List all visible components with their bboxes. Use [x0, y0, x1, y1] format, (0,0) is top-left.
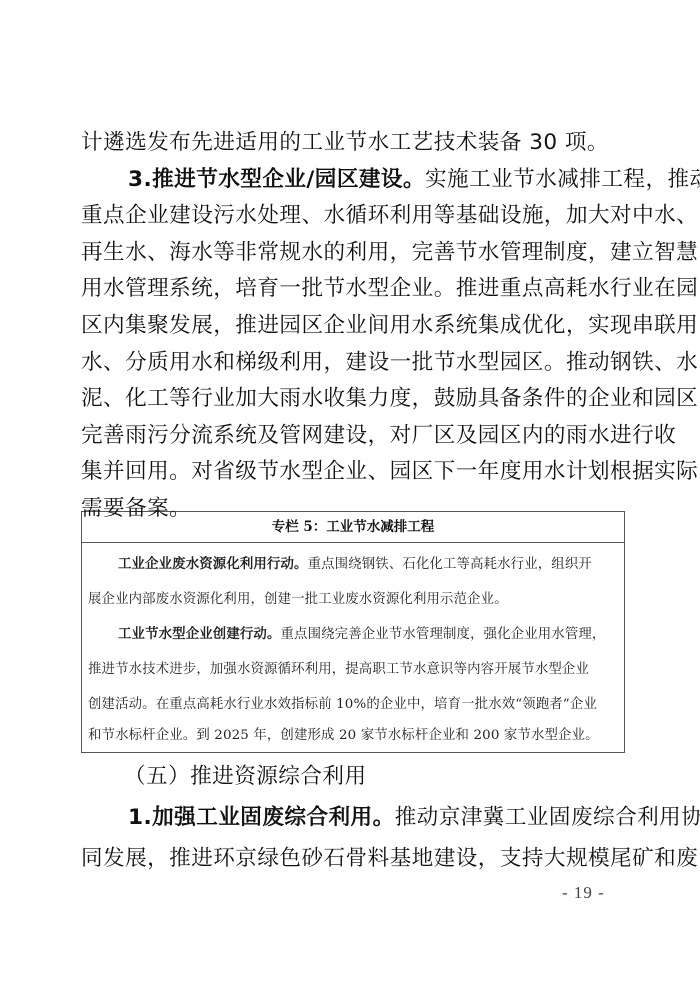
subsection-heading: 3.推进节水型企业/园区建设。: [128, 167, 425, 192]
sidebar-line-3: 工业节水型企业创建行动。重点围绕完善企业节水管理制度，强化企业用水管理，: [118, 625, 650, 645]
body-text: 用水管理系统，培育一批节水型企业。推进重点高耗水行业在园: [81, 276, 698, 301]
sidebar-text: 创建活动。在重点高耗水行业水效指标前 10%的企业中，培育一批水效“领跑者”企业: [88, 697, 597, 712]
sidebar-text: 和节水标杆企业。到 2025 年，创建形成 20 家节水标杆企业和 200 家节…: [88, 728, 599, 743]
sidebar-line-5: 创建活动。在重点高耗水行业水效指标前 10%的企业中，培育一批水效“领跑者”企业: [88, 695, 620, 715]
body-line-3: 重点企业建设污水处理、水循环利用等基础设施，加大对中水、: [81, 201, 629, 231]
body-line-7: 水、分质用水和梯级利用，建设一批节水型园区。推动钢铁、水: [81, 348, 629, 378]
sidebar-line-2: 展企业内部废水资源化利用，创建一批工业废水资源化利用示范企业。: [88, 590, 620, 610]
body-text: 计遴选发布先进适用的工业节水工艺技术装备 30 项。: [81, 130, 609, 155]
body-line-8: 泥、化工等行业加大雨水收集力度，鼓励具备条件的企业和园区: [81, 384, 629, 414]
sidebar-box: 专栏 5：工业节水减排工程 工业企业废水资源化利用行动。重点围绕钢铁、石化化工等…: [81, 511, 625, 753]
body-line-1: 计遴选发布先进适用的工业节水工艺技术装备 30 项。: [81, 128, 629, 158]
body-text: 区内集聚发展，推进园区企业间用水系统集成优化，实现串联用: [81, 313, 698, 338]
sidebar-text: 重点围绕钢铁、石化化工等高耗水行业，组织开: [308, 557, 592, 572]
page-number: - 19 -: [562, 883, 605, 903]
body-line-2: 3.推进节水型企业/园区建设。实施工业节水减排工程，推动: [128, 165, 628, 195]
action-title: 工业企业废水资源化利用行动。: [118, 557, 308, 572]
body-text: 重点企业建设污水处理、水循环利用等基础设施，加大对中水、: [81, 203, 698, 228]
subsection-heading: 1.加强工业固废综合利用。: [128, 805, 395, 830]
section-line-1: 1.加强工业固废综合利用。推动京津冀工业固废综合利用协: [128, 803, 628, 833]
section-line-2: 同发展，推进环京绿色砂石骨料基地建设，支持大规模尾矿和废: [81, 844, 629, 874]
sidebar-line-1: 工业企业废水资源化利用行动。重点围绕钢铁、石化化工等高耗水行业，组织开: [118, 555, 650, 575]
sidebar-text: 展企业内部废水资源化利用，创建一批工业废水资源化利用示范企业。: [88, 592, 508, 607]
body-text: 泥、化工等行业加大雨水收集力度，鼓励具备条件的企业和园区: [81, 386, 698, 411]
body-line-9: 完善雨污分流系统及管网建设，对厂区及园区内的雨水进行收: [81, 421, 629, 451]
sidebar-line-4: 推进节水技术进步，加强水资源循环利用，提高职工节水意识等内容开展节水型企业: [88, 660, 620, 680]
body-text: 同发展，推进环京绿色砂石骨料基地建设，支持大规模尾矿和废: [81, 846, 698, 871]
body-text: 完善雨污分流系统及管网建设，对厂区及园区内的雨水进行收: [81, 423, 676, 448]
body-line-11: 需要备案。: [81, 494, 629, 524]
body-line-4: 再生水、海水等非常规水的利用，完善节水管理制度，建立智慧: [81, 238, 629, 268]
body-line-10: 集并回用。对省级节水型企业、园区下一年度用水计划根据实际: [81, 457, 629, 487]
body-line-6: 区内集聚发展，推进园区企业间用水系统集成优化，实现串联用: [81, 311, 629, 341]
section-heading-text: （五）推进资源综合利用: [124, 764, 366, 789]
sidebar-line-6: 和节水标杆企业。到 2025 年，创建形成 20 家节水标杆企业和 200 家节…: [88, 726, 620, 746]
body-text: 推动京津冀工业固废综合利用协: [395, 805, 700, 830]
body-text: 实施工业节水减排工程，推动: [425, 167, 700, 192]
body-text: 水、分质用水和梯级利用，建设一批节水型园区。推动钢铁、水: [81, 350, 698, 375]
body-text: 再生水、海水等非常规水的利用，完善节水管理制度，建立智慧: [81, 240, 698, 265]
action-title: 工业节水型企业创建行动。: [118, 627, 281, 642]
sidebar-text: 重点围绕完善企业节水管理制度，强化企业用水管理，: [281, 627, 606, 642]
section-heading: （五）推进资源综合利用: [124, 762, 672, 792]
body-line-5: 用水管理系统，培育一批节水型企业。推进重点高耗水行业在园: [81, 274, 629, 304]
body-text: 需要备案。: [81, 496, 191, 521]
sidebar-text: 推进节水技术进步，加强水资源循环利用，提高职工节水意识等内容开展节水型企业: [88, 662, 589, 677]
body-text: 集并回用。对省级节水型企业、园区下一年度用水计划根据实际: [81, 459, 698, 484]
document-page: 计遴选发布先进适用的工业节水工艺技术装备 30 项。 3.推进节水型企业/园区建…: [0, 0, 700, 989]
